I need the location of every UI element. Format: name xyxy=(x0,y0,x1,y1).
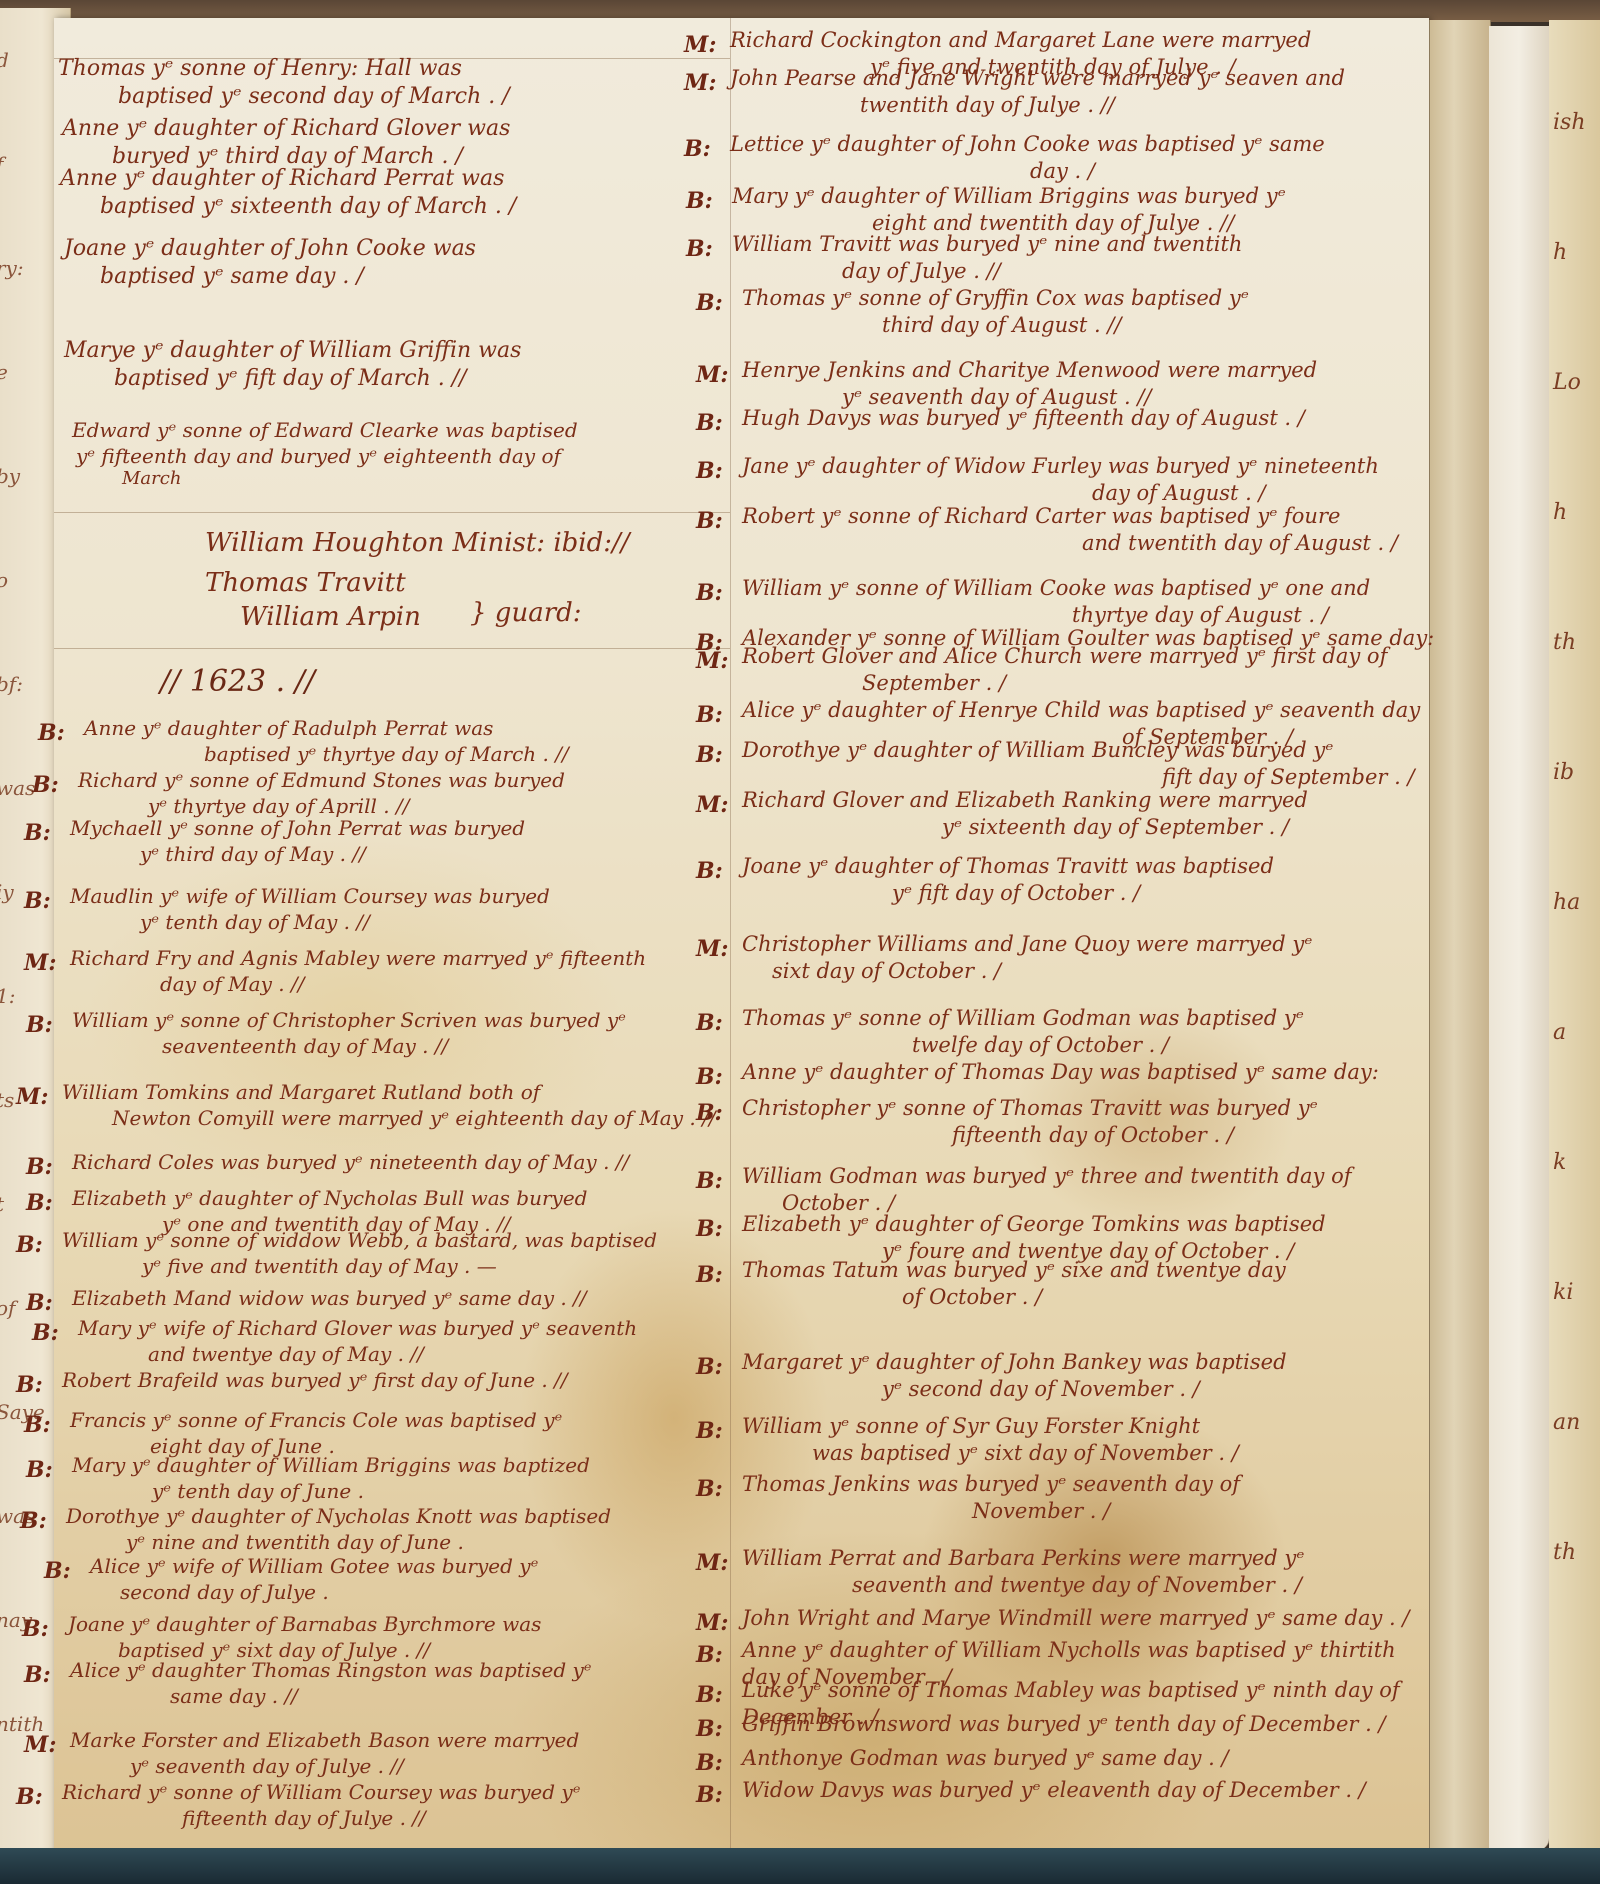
register-entry: William yᵉ sonne of widdow Webb, a basta… xyxy=(62,1230,657,1276)
entry-line: twelfe day of October . / xyxy=(912,1035,1304,1056)
register-entry: John Wright and Marye Windmill were marr… xyxy=(742,1608,1409,1629)
entry-line: Mary yᵉ wife of Richard Glover was burye… xyxy=(78,1318,637,1338)
register-entry: Dorothye yᵉ daughter of Nycholas Knott w… xyxy=(66,1506,611,1552)
entry-line: day of May . // xyxy=(160,974,646,994)
year-heading: // 1623 . // xyxy=(160,664,315,699)
entry-line: William Godman was buryed yᵉ three and t… xyxy=(742,1166,1352,1187)
warden-signature: Thomas Travitt xyxy=(205,568,406,598)
page-edge-fragment: f xyxy=(0,152,3,176)
entry-type-marker: B: xyxy=(696,1168,723,1194)
register-entry: Hugh Davys was buryed yᵉ fifteenth day o… xyxy=(742,408,1305,429)
entry-line: Robert Brafeild was buryed yᵉ first day … xyxy=(62,1370,568,1390)
entry-type-marker: B: xyxy=(16,1784,43,1810)
page-edge-fragment: ib xyxy=(1553,760,1574,785)
entry-line: Marke Forster and Elizabeth Bason were m… xyxy=(70,1730,579,1750)
entry-line: twentith day of Julye . // xyxy=(860,95,1345,116)
entry-line: Alice yᵉ wife of William Gotee was burye… xyxy=(90,1556,538,1576)
entry-type-marker: B: xyxy=(696,410,723,436)
register-entry: Robert Brafeild was buryed yᵉ first day … xyxy=(62,1370,568,1390)
entry-line: Thomas Tatum was buryed yᵉ sixe and twen… xyxy=(742,1260,1286,1281)
register-entry: Elizabeth Mand widow was buryed yᵉ same … xyxy=(72,1288,587,1308)
entry-line: Richard yᵉ sonne of Edmund Stones was bu… xyxy=(78,770,565,790)
entry-type-marker: B: xyxy=(696,1476,723,1502)
register-entry: Richard yᵉ sonne of William Coursey was … xyxy=(62,1782,580,1828)
entry-line: fift day of September . / xyxy=(1162,767,1415,788)
entry-line: William yᵉ sonne of Christopher Scriven … xyxy=(72,1010,626,1030)
register-entry: Robert yᵉ sonne of Richard Carter was ba… xyxy=(742,506,1398,554)
entry-line: yᵉ seaventh day of Julye . // xyxy=(130,1756,579,1776)
entry-line: fifteenth day of October . / xyxy=(952,1125,1318,1146)
entry-type-marker: B: xyxy=(696,702,723,728)
entry-line: Joane yᵉ daughter of Barnabas Byrchmore … xyxy=(68,1614,541,1634)
entry-type-marker: B: xyxy=(696,1682,723,1708)
register-entry: William Travitt was buryed yᵉ nine and t… xyxy=(732,234,1242,282)
next-page-edge: ishhLohthibhaakkianth xyxy=(1549,20,1600,1850)
entry-line: Richard Cockington and Margaret Lane wer… xyxy=(730,30,1311,51)
page-edge-fragment: ki xyxy=(1553,1280,1573,1305)
register-entry: Mary yᵉ daughter of William Briggins was… xyxy=(72,1455,590,1501)
page-edge-fragment: by xyxy=(0,464,20,488)
page-edge-fragment: ish xyxy=(1553,110,1586,135)
register-entry: Jane yᵉ daughter of Widow Furley was bur… xyxy=(742,456,1379,504)
page-edge-fragment: Lo xyxy=(1553,370,1581,395)
register-entry: Marke Forster and Elizabeth Bason were m… xyxy=(70,1730,579,1776)
entry-type-marker: B: xyxy=(684,136,711,162)
entry-line: William yᵉ sonne of Syr Guy Forster Knig… xyxy=(742,1416,1239,1437)
entry-line: William Perrat and Barbara Perkins were … xyxy=(742,1548,1304,1569)
warden-signature: William Arpin xyxy=(240,602,421,632)
register-entry: Marye yᵉ daughter of William Griffin was… xyxy=(64,340,521,390)
page-edge-fragment: iy xyxy=(0,880,14,904)
page-edge-fragment: ts xyxy=(0,1088,14,1112)
entry-type-marker: M: xyxy=(684,32,716,58)
entry-line: and twentye day of May . // xyxy=(148,1344,637,1364)
ruled-line xyxy=(54,648,730,649)
entry-line: Richard Glover and Elizabeth Ranking wer… xyxy=(742,790,1308,811)
entry-line: third day of August . // xyxy=(882,315,1249,336)
register-entry: Joane yᵉ daughter of Barnabas Byrchmore … xyxy=(68,1614,541,1660)
entry-line: William yᵉ sonne of William Cooke was ba… xyxy=(742,578,1370,599)
entry-line: Richard yᵉ sonne of William Coursey was … xyxy=(62,1782,580,1802)
entry-line: Dorothye yᵉ daughter of William Buncley … xyxy=(742,740,1415,761)
entry-line: William Travitt was buryed yᵉ nine and t… xyxy=(732,234,1242,255)
page-edge-fragment: was xyxy=(0,776,35,800)
entry-line: Henrye Jenkins and Charitye Menwood were… xyxy=(742,360,1317,381)
entry-line: Thomas yᵉ sonne of William Godman was ba… xyxy=(742,1008,1304,1029)
column-divider xyxy=(730,18,731,1854)
register-entry: Thomas Tatum was buryed yᵉ sixe and twen… xyxy=(742,1260,1286,1308)
entry-line: Maudlin yᵉ wife of William Coursey was b… xyxy=(70,886,550,906)
entry-type-marker: B: xyxy=(696,1010,723,1036)
page-edge-fragment: an xyxy=(1553,1410,1580,1435)
register-entry: Thomas yᵉ sonne of Henry: Hall was bapti… xyxy=(58,58,510,108)
page-edge-fragment: ry: xyxy=(0,256,24,280)
entry-line: Christopher yᵉ sonne of Thomas Travitt w… xyxy=(742,1098,1318,1119)
entry-line: Richard Fry and Agnis Mabley were marrye… xyxy=(70,948,646,968)
entry-line: Griffin Brownsword was buryed yᵉ tenth d… xyxy=(742,1714,1386,1735)
register-entry: Mychaell yᵉ sonne of John Perrat was bur… xyxy=(70,818,525,864)
entry-type-marker: B: xyxy=(686,236,713,262)
entry-type-marker: B: xyxy=(24,820,51,846)
entry-line: eight and twentith day of Julye . // xyxy=(872,213,1286,234)
entry-type-marker: B: xyxy=(696,458,723,484)
entry-line: yᵉ tenth day of June . xyxy=(152,1481,590,1501)
entry-line: yᵉ second day of November . / xyxy=(882,1379,1287,1400)
entry-type-marker: M: xyxy=(24,950,56,976)
entry-line: Mary yᵉ daughter of William Briggins was… xyxy=(72,1455,590,1475)
register-entry: William yᵉ sonne of Christopher Scriven … xyxy=(72,1010,626,1056)
entry-type-marker: B: xyxy=(24,1662,51,1688)
register-entry: Margaret yᵉ daughter of John Bankey was … xyxy=(742,1352,1287,1400)
entry-type-marker: B: xyxy=(696,1750,723,1776)
register-entry: Christopher Williams and Jane Quoy were … xyxy=(742,934,1312,982)
register-entry: Anne yᵉ daughter of Thomas Day was bapti… xyxy=(742,1062,1379,1083)
entry-type-marker: B: xyxy=(44,1558,71,1584)
register-entry: William Tomkins and Margaret Rutland bot… xyxy=(62,1082,716,1128)
entry-line: Lettice yᵉ daughter of John Cooke was ba… xyxy=(730,134,1325,155)
book-bottom-edge xyxy=(0,1848,1600,1884)
entry-type-marker: B: xyxy=(696,1262,723,1288)
entry-line: Elizabeth yᵉ daughter of Nycholas Bull w… xyxy=(72,1188,588,1208)
entry-type-marker: B: xyxy=(26,1457,53,1483)
ruled-line xyxy=(54,512,730,513)
register-entry: Christopher yᵉ sonne of Thomas Travitt w… xyxy=(742,1098,1318,1146)
entry-type-marker: B: xyxy=(24,888,51,914)
entry-type-marker: B: xyxy=(696,1642,723,1668)
entry-type-marker: M: xyxy=(696,1610,728,1636)
entry-line: Luke yᵉ sonne of Thomas Mabley was bapti… xyxy=(742,1680,1400,1701)
binding-fold-inner xyxy=(1489,26,1550,1850)
entry-type-marker: M: xyxy=(696,936,728,962)
register-entry: Richard Fry and Agnis Mabley were marrye… xyxy=(70,948,646,994)
entry-type-marker: B: xyxy=(696,1064,723,1090)
entry-line: Robert Glover and Alice Church were marr… xyxy=(742,646,1387,667)
entry-line: yᵉ tenth day of May . // xyxy=(140,912,550,932)
entry-type-marker: B: xyxy=(686,188,713,214)
entry-line: day of Julye . // xyxy=(842,261,1242,282)
page-edge-fragment: of xyxy=(0,1296,15,1320)
entry-type-marker: B: xyxy=(24,1412,51,1438)
entry-line: baptised yᵉ sixt day of Julye . // xyxy=(118,1640,541,1660)
register-entry: Maudlin yᵉ wife of William Coursey was b… xyxy=(70,886,550,932)
entry-line: Anthonye Godman was buryed yᵉ same day .… xyxy=(742,1748,1229,1769)
entry-line: Richard Coles was buryed yᵉ nineteenth d… xyxy=(72,1152,629,1172)
entry-line: sixt day of October . / xyxy=(772,961,1312,982)
entry-line: seaventeenth day of May . // xyxy=(162,1036,626,1056)
register-entry: Richard Glover and Elizabeth Ranking wer… xyxy=(742,790,1308,838)
register-entry: John Pearse and Jane Wright were marryed… xyxy=(730,68,1345,116)
entry-line: Robert yᵉ sonne of Richard Carter was ba… xyxy=(742,506,1398,527)
entry-line: Christopher Williams and Jane Quoy were … xyxy=(742,934,1312,955)
entry-type-marker: B: xyxy=(696,1716,723,1742)
page-edge-fragment: o xyxy=(0,568,8,592)
register-entry: Richard yᵉ sonne of Edmund Stones was bu… xyxy=(78,770,565,816)
entry-type-marker: B: xyxy=(696,1216,723,1242)
entry-type-marker: B: xyxy=(38,720,65,746)
entry-type-marker: B: xyxy=(696,1782,723,1808)
entry-type-marker: M: xyxy=(684,70,716,96)
register-entry: Anthonye Godman was buryed yᵉ same day .… xyxy=(742,1748,1229,1769)
entry-line: Elizabeth Mand widow was buryed yᵉ same … xyxy=(72,1288,587,1308)
entry-type-marker: B: xyxy=(696,508,723,534)
register-entry: Lettice yᵉ daughter of John Cooke was ba… xyxy=(730,134,1325,182)
entry-line: Francis yᵉ sonne of Francis Cole was bap… xyxy=(70,1410,562,1430)
entry-line: day . / xyxy=(1030,161,1325,182)
page-edge-fragment: bf: xyxy=(0,672,23,696)
entry-line: yᵉ five and twentith day of May . — xyxy=(142,1256,657,1276)
entry-line: Alice yᵉ daughter of Henrye Child was ba… xyxy=(742,700,1420,721)
entry-line: Margaret yᵉ daughter of John Bankey was … xyxy=(742,1352,1287,1373)
entry-type-marker: B: xyxy=(26,1290,53,1316)
entry-type-marker: B: xyxy=(696,742,723,768)
entry-line: of October . / xyxy=(902,1287,1286,1308)
entry-line: Jane yᵉ daughter of Widow Furley was bur… xyxy=(742,456,1379,477)
entry-line: Joane yᵉ daughter of Thomas Travitt was … xyxy=(742,856,1274,877)
entry-type-marker: M: xyxy=(696,362,728,388)
entry-type-marker: M: xyxy=(16,1084,48,1110)
entry-line: November . / xyxy=(972,1501,1240,1522)
register-entry: Elizabeth yᵉ daughter of George Tomkins … xyxy=(742,1214,1326,1262)
register-entry: Griffin Brownsword was buryed yᵉ tenth d… xyxy=(742,1714,1386,1735)
page-edge-fragment: ha xyxy=(1553,890,1580,915)
entry-type-marker: M: xyxy=(696,1550,728,1576)
entry-line: Newton Comyill were marryed yᵉ eighteent… xyxy=(112,1108,716,1128)
entry-type-marker: B: xyxy=(26,1012,53,1038)
entry-type-marker: B: xyxy=(26,1154,53,1180)
entry-line: Hugh Davys was buryed yᵉ fifteenth day o… xyxy=(742,408,1305,429)
entry-line: William yᵉ sonne of widdow Webb, a basta… xyxy=(62,1230,657,1250)
register-entry: Robert Glover and Alice Church were marr… xyxy=(742,646,1387,694)
entry-line: William Tomkins and Margaret Rutland bot… xyxy=(62,1082,716,1102)
binding-fold xyxy=(1429,20,1491,1850)
entry-type-marker: M: xyxy=(696,792,728,818)
entry-type-marker: B: xyxy=(696,290,723,316)
register-entry: Anne yᵉ daughter of Richard Perrat was b… xyxy=(60,168,516,218)
entry-line: and twentith day of August . / xyxy=(1082,533,1398,554)
entry-line: seaventh and twentye day of November . / xyxy=(852,1575,1304,1596)
register-entry: William Godman was buryed yᵉ three and t… xyxy=(742,1166,1352,1214)
entry-type-marker: B: xyxy=(26,1190,53,1216)
register-entry: Dorothye yᵉ daughter of William Buncley … xyxy=(742,740,1415,788)
entry-line: John Pearse and Jane Wright were marryed… xyxy=(730,68,1345,89)
entry-type-marker: B: xyxy=(696,1418,723,1444)
register-entry: Anne yᵉ daughter of Richard Glover was b… xyxy=(62,118,510,168)
entry-line: yᵉ seaventh day of August . // xyxy=(842,387,1317,408)
register-entry: Joane yᵉ daughter of John Cooke was bapt… xyxy=(64,238,476,288)
entry-line: Anne yᵉ daughter of Thomas Day was bapti… xyxy=(742,1062,1379,1083)
entry-line: fifteenth day of Julye . // xyxy=(182,1808,580,1828)
entry-line: Dorothye yᵉ daughter of Nycholas Knott w… xyxy=(66,1506,611,1526)
register-entry: Mary yᵉ daughter of William Briggins was… xyxy=(732,186,1286,234)
entry-line: Alice yᵉ daughter Thomas Ringston was ba… xyxy=(70,1660,592,1680)
entry-line: Thomas Jenkins was buryed yᵉ seaventh da… xyxy=(742,1474,1240,1495)
register-entry: William yᵉ sonne of Syr Guy Forster Knig… xyxy=(742,1416,1239,1464)
entry-type-marker: B: xyxy=(22,1616,49,1642)
register-entry: Richard Coles was buryed yᵉ nineteenth d… xyxy=(72,1152,629,1172)
register-entry: Alice yᵉ daughter Thomas Ringston was ba… xyxy=(70,1660,592,1706)
page-edge-fragment: th xyxy=(1553,1540,1576,1565)
page-edge-fragment: a xyxy=(1553,1020,1566,1045)
entry-line: yᵉ thyrtye day of Aprill . // xyxy=(148,796,565,816)
entry-line: baptised yᵉ thyrtye day of March . // xyxy=(204,744,569,764)
register-entry: Alice yᵉ wife of William Gotee was burye… xyxy=(90,1556,538,1602)
entry-type-marker: B: xyxy=(20,1508,47,1534)
entry-line: John Wright and Marye Windmill were marr… xyxy=(742,1608,1409,1629)
register-entry: Thomas yᵉ sonne of Gryffin Cox was bapti… xyxy=(742,288,1249,336)
entry-type-marker: B: xyxy=(696,1354,723,1380)
entry-line: yᵉ sixteenth day of September . / xyxy=(942,817,1308,838)
page-edge-fragment: k xyxy=(1553,1150,1566,1175)
page-edge-fragment: 1: xyxy=(0,984,15,1008)
entry-line: same day . // xyxy=(170,1686,592,1706)
entry-line: day of August . / xyxy=(1092,483,1379,504)
register-entry: Anne yᵉ daughter of Radulph Perrat wasba… xyxy=(84,718,569,764)
entry-line: second day of Julye . xyxy=(120,1582,538,1602)
entry-line: yᵉ nine and twentith day of June . xyxy=(126,1532,611,1552)
register-entry: Henrye Jenkins and Charitye Menwood were… xyxy=(742,360,1317,408)
register-entry: Edward yᵉ sonne of Edward Clearke was ba… xyxy=(72,420,578,488)
register-entry: William yᵉ sonne of William Cooke was ba… xyxy=(742,578,1370,626)
register-entry: Mary yᵉ wife of Richard Glover was burye… xyxy=(78,1318,637,1364)
page-edge-fragment: e xyxy=(0,360,8,384)
entry-line: Mary yᵉ daughter of William Briggins was… xyxy=(732,186,1286,207)
register-entry: William Perrat and Barbara Perkins were … xyxy=(742,1548,1304,1596)
entry-type-marker: B: xyxy=(32,772,59,798)
page-edge-fragment: t xyxy=(0,1192,4,1216)
entry-line: Mychaell yᵉ sonne of John Perrat was bur… xyxy=(70,818,525,838)
entry-type-marker: M: xyxy=(696,648,728,674)
wardens-label: } guard: xyxy=(470,598,582,628)
register-entry: Joane yᵉ daughter of Thomas Travitt was … xyxy=(742,856,1274,904)
page-edge-fragment: h xyxy=(1553,500,1567,525)
entry-type-marker: B: xyxy=(696,858,723,884)
minister-signature: William Houghton Minist: ibid:// xyxy=(205,528,630,558)
entry-line: yᵉ fift day of October . / xyxy=(892,883,1274,904)
entry-line: Widow Davys was buryed yᵉ eleaventh day … xyxy=(742,1780,1366,1801)
page-edge-fragment: th xyxy=(1553,630,1576,655)
entry-line: September . / xyxy=(862,673,1387,694)
entry-line: Elizabeth yᵉ daughter of George Tomkins … xyxy=(742,1214,1326,1235)
register-entry: Widow Davys was buryed yᵉ eleaventh day … xyxy=(742,1780,1366,1801)
entry-line: Anne yᵉ daughter of William Nycholls was… xyxy=(742,1640,1396,1661)
entry-line: Thomas yᵉ sonne of Gryffin Cox was bapti… xyxy=(742,288,1249,309)
entry-type-marker: B: xyxy=(16,1372,43,1398)
register-entry: Francis yᵉ sonne of Francis Cole was bap… xyxy=(70,1410,562,1456)
entry-type-marker: M: xyxy=(24,1732,56,1758)
entry-type-marker: B: xyxy=(696,580,723,606)
entry-line: yᵉ third day of May . // xyxy=(140,844,525,864)
page-edge-fragment: h xyxy=(1553,240,1567,265)
entry-type-marker: B: xyxy=(696,1100,723,1126)
entry-line: Anne yᵉ daughter of Radulph Perrat was xyxy=(84,718,569,738)
entry-type-marker: B: xyxy=(32,1320,59,1346)
entry-type-marker: B: xyxy=(16,1232,43,1258)
entry-line: was baptised yᵉ sixt day of November . / xyxy=(812,1443,1239,1464)
register-entry: Thomas Jenkins was buryed yᵉ seaventh da… xyxy=(742,1474,1240,1522)
page-edge-fragment: d xyxy=(0,48,9,72)
register-entry: Thomas yᵉ sonne of William Godman was ba… xyxy=(742,1008,1304,1056)
entry-line: October . / xyxy=(782,1193,1352,1214)
entry-line: thyrtye day of August . / xyxy=(1072,605,1370,626)
